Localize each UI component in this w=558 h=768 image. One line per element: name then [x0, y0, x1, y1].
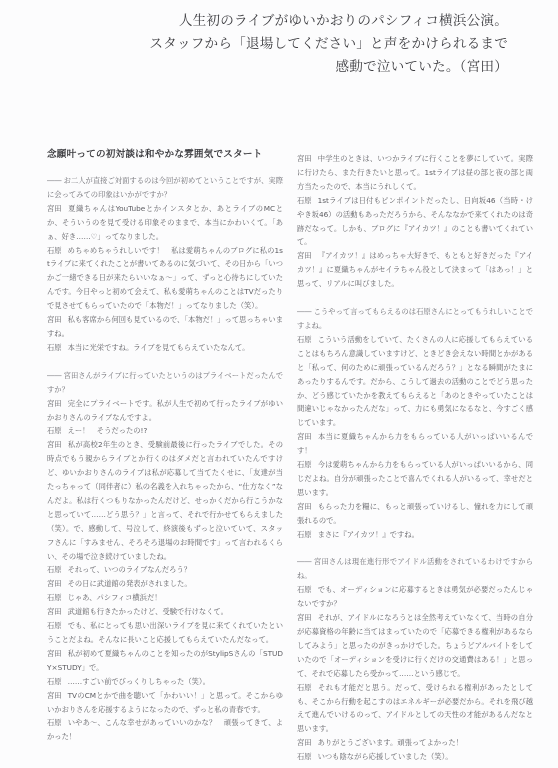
interview-answer: 石原でも、オーディションに応募するときは勇気が必要だったんじゃないですか？: [297, 583, 533, 611]
answer-text: 完全にプライベートです。私が人生で初めて行ったライブがゆいかおりさんのライブなん…: [47, 399, 283, 422]
answer-text: 1stライブは日付もピンポイントだったし、日向坂46（当時・けやき坂46）の活動…: [297, 196, 533, 247]
speaker-name: 宮田: [297, 249, 312, 263]
speaker-name: 石原: [47, 341, 62, 355]
interview-answer: 宮田本当に夏織ちゃんから力をもらっている人がいっぱいいるんです！: [297, 430, 533, 458]
interview-answer: 石原1stライブは日付もピンポイントだったし、日向坂46（当時・けやき坂46）の…: [297, 194, 533, 250]
question-text: 宮田さんがライブに行っていたというのはプライベートだったんですか？: [47, 371, 283, 394]
question-text: 宮田さんは現在進行形でアイドル活動をされているわけですからね。: [297, 557, 533, 580]
interview-answer: 宮田その日に武道館の発表がされました。: [47, 577, 283, 591]
answer-text: まさに『アイカツ！』ですね。: [318, 530, 419, 539]
answer-text: 『アイカツ！』はめっちゃ大好きで、もともと好きだった『アイカツ！』に夏織ちゃんが…: [297, 251, 533, 288]
interview-answer: 石原じゃあ、パシフィコ横浜だ！: [47, 591, 283, 605]
speaker-name: 石原: [47, 591, 62, 605]
pull-quote-line: 人生初のライブがゆいかおりのパシフィコ横浜公演。: [48, 10, 508, 33]
speaker-name: 石原: [297, 750, 312, 764]
interview-answer: 石原えー！ そうだったの!?: [47, 424, 283, 438]
interview-answer: 宮田中学生のときは、いつかライブに行くことを夢にしていて。実際に行けたら、また行…: [297, 152, 533, 194]
interview-answer: 宮田私が初めて夏織ちゃんのことを知ったのがStylipSさんの「STUDY×ST…: [47, 647, 283, 675]
section-spacer: [297, 291, 533, 305]
interview-answer: 石原本当に光栄ですね。ライブを見てもらえていたなんて。: [47, 341, 283, 355]
answer-text: それも才能だと思う。だって、受けられる権利があったとしても、そこから行動を起こす…: [297, 683, 533, 734]
speaker-name: 宮田: [297, 430, 312, 444]
article-column-left: 念願叶っての初対談は和やかな雰囲気でスタート ――お二人が直接ご対面するのは今回…: [47, 148, 283, 744]
interview-answer: 石原めちゃめちゃうれしいです！ 私は愛萌ちゃんのブログに私の1stライブに来てく…: [47, 244, 283, 314]
speaker-name: 石原: [297, 681, 312, 695]
speaker-name: 宮田: [47, 313, 62, 327]
question-dash: ――: [297, 557, 312, 566]
answer-text: ……すごい前でびっくりしちゃった（笑）。: [68, 677, 210, 686]
speaker-name: 宮田: [47, 438, 62, 452]
speaker-name: 石原: [297, 528, 312, 542]
speaker-name: 宮田: [47, 397, 62, 411]
question-text: こうやって言ってもらえるのは石原さんにとってもうれしいことですよね。: [297, 307, 533, 330]
answer-text: こういう活動をしていて、たくさんの人に応援してもらえていることはもちろん意識して…: [297, 335, 533, 427]
answer-text: えー！ そうだったの!?: [68, 426, 148, 435]
answer-text: 私も客席から何回も見ているので、「本物だ！」って思っちゃいますね。: [47, 315, 283, 338]
speaker-name: 石原: [297, 583, 312, 597]
answer-text: 本当に光栄ですね。ライブを見てもらえていたなんて。: [68, 343, 250, 352]
pull-quote-line: スタッフから「退場してください」と声をかけられるまで: [48, 33, 508, 56]
interview-answer: 宮田もらった力を糧に、もっと頑張っていけるし、憧れを力にして頑張れるので。: [297, 500, 533, 528]
interview-answer: 宮田ありがとうございます。頑張ってよかった！: [297, 736, 533, 750]
interview-answer: 石原いやあ～、こんな幸せがあっていいのかな？ 頑張ってきて、よかった！: [47, 716, 283, 744]
interview-answer: 石原いつも陰ながら応援していました（笑）。: [297, 750, 533, 764]
question-text: お二人が直接ご対面するのは今回が初めてということですが、実際に会ってみての印象は…: [47, 176, 283, 199]
section-heading: 念願叶っての初対談は和やかな雰囲気でスタート: [47, 148, 283, 162]
interviewer-question: ――宮田さんがライブに行っていたというのはプライベートだったんですか？: [47, 369, 283, 397]
interview-answer: 石原それも才能だと思う。だって、受けられる権利があったとしても、そこから行動を起…: [297, 681, 533, 737]
interview-answer: 宮田武道館も行きたかったけど、受験で行けなくて。: [47, 605, 283, 619]
speaker-name: 石原: [47, 716, 62, 730]
answer-text: でも、私にとっても思い出深いライブを見に来てくれていたということだよね。そんなに…: [47, 621, 283, 644]
answer-text: 私が初めて夏織ちゃんのことを知ったのがStylipSさんの「STUDY×STUD…: [47, 649, 283, 672]
interview-answer: 宮田私が高校2年生のとき、受験前最後に行ったライブでした。その時点でもう親からラ…: [47, 438, 283, 563]
speaker-name: 宮田: [47, 605, 62, 619]
interviewer-question: ――こうやって言ってもらえるのは石原さんにとってもうれしいことですよね。: [297, 305, 533, 333]
speaker-name: 石原: [47, 619, 62, 633]
speaker-name: 石原: [47, 675, 62, 689]
interview-answer: 石原……すごい前でびっくりしちゃった（笑）。: [47, 675, 283, 689]
interview-answer: 石原それって、いつのライブなんだろう？: [47, 563, 283, 577]
speaker-name: 宮田: [47, 202, 62, 216]
answer-text: その日に武道館の発表がされました。: [68, 579, 192, 588]
answer-text: それが、アイドルになろうとは全然考えていなくて、当時の自分が応募資格の年齢に当て…: [297, 613, 533, 678]
answer-text: いやあ～、こんな幸せがあっていいのかな？ 頑張ってきて、よかった！: [47, 718, 283, 741]
pull-quote-line: 感動で泣いていた。（宮田）: [48, 56, 508, 79]
question-dash: ――: [297, 307, 312, 316]
answer-text: TVのCMとかで曲を聴いて「かわいい！」と思って。そこからゆいかおりさんを応援す…: [47, 691, 283, 714]
speaker-name: 石原: [297, 194, 312, 208]
speaker-name: 宮田: [47, 689, 62, 703]
section-spacer: [297, 541, 533, 555]
interview-answer: 石原こういう活動をしていて、たくさんの人に応援してもらえていることはもちろん意識…: [297, 333, 533, 430]
interview-answer: 宮田『アイカツ！』はめっちゃ大好きで、もともと好きだった『アイカツ！』に夏織ちゃ…: [297, 249, 533, 291]
speaker-name: 宮田: [297, 152, 312, 166]
answer-text: 中学生のときは、いつかライブに行くことを夢にしていて。実際に行けたら、また行きた…: [297, 154, 533, 191]
speaker-name: 宮田: [47, 647, 62, 661]
interviewer-question: ――お二人が直接ご対面するのは今回が初めてということですが、実際に会ってみての印…: [47, 174, 283, 202]
answer-text: めちゃめちゃうれしいです！ 私は愛萌ちゃんのブログに私の1stライブに来てくれた…: [47, 246, 283, 311]
answer-text: 夏織ちゃんはYouTubeとかインスタとか、あとライブのMCとか、そういうのを見…: [47, 204, 283, 241]
speaker-name: 宮田: [297, 500, 312, 514]
interview-body-right: 宮田中学生のときは、いつかライブに行くことを夢にしていて。実際に行けたら、また行…: [297, 152, 533, 764]
question-dash: ――: [47, 176, 62, 185]
answer-text: もらった力を糧に、もっと頑張っていけるし、憧れを力にして頑張れるので。: [297, 502, 533, 525]
answer-text: 今は愛萌ちゃんから力をもらっている人がいっぱいいるから、同じだよね。自分が頑張っ…: [297, 460, 533, 497]
answer-text: それって、いつのライブなんだろう？: [68, 565, 191, 574]
article-column-right: 宮田中学生のときは、いつかライブに行くことを夢にしていて。実際に行けたら、また行…: [297, 152, 533, 764]
interview-answer: 宮田TVのCMとかで曲を聴いて「かわいい！」と思って。そこからゆいかおりさんを応…: [47, 689, 283, 717]
answer-text: ありがとうございます。頑張ってよかった！: [318, 738, 463, 747]
speaker-name: 宮田: [297, 736, 312, 750]
section-spacer: [47, 355, 283, 369]
speaker-name: 宮田: [297, 611, 312, 625]
speaker-name: 石原: [47, 563, 62, 577]
interview-answer: 石原でも、私にとっても思い出深いライブを見に来てくれていたということだよね。そん…: [47, 619, 283, 647]
speaker-name: 宮田: [47, 577, 62, 591]
speaker-name: 石原: [47, 424, 62, 438]
interview-answer: 宮田それが、アイドルになろうとは全然考えていなくて、当時の自分が応募資格の年齢に…: [297, 611, 533, 681]
answer-text: 私が高校2年生のとき、受験前最後に行ったライブでした。その時点でもう親からライブ…: [47, 440, 283, 560]
question-dash: ――: [47, 371, 62, 380]
answer-text: じゃあ、パシフィコ横浜だ！: [68, 593, 162, 602]
interview-answer: 石原今は愛萌ちゃんから力をもらっている人がいっぱいいるから、同じだよね。自分が頑…: [297, 458, 533, 500]
answer-text: 武道館も行きたかったけど、受験で行けなくて。: [68, 607, 228, 616]
interview-body-left: ――お二人が直接ご対面するのは今回が初めてということですが、実際に会ってみての印…: [47, 174, 283, 744]
interview-answer: 石原まさに『アイカツ！』ですね。: [297, 528, 533, 542]
speaker-name: 石原: [297, 333, 312, 347]
speaker-name: 石原: [47, 244, 62, 258]
pull-quote: 人生初のライブがゆいかおりのパシフィコ横浜公演。 スタッフから「退場してください…: [48, 10, 508, 79]
answer-text: 本当に夏織ちゃんから力をもらっている人がいっぱいいるんです！: [297, 432, 533, 455]
interview-answer: 宮田夏織ちゃんはYouTubeとかインスタとか、あとライブのMCとか、そういうの…: [47, 202, 283, 244]
answer-text: でも、オーディションに応募するときは勇気が必要だったんじゃないですか？: [297, 585, 533, 608]
interviewer-question: ――宮田さんは現在進行形でアイドル活動をされているわけですからね。: [297, 555, 533, 583]
interview-answer: 宮田完全にプライベートです。私が人生で初めて行ったライブがゆいかおりさんのライブ…: [47, 397, 283, 425]
answer-text: いつも陰ながら応援していました（笑）。: [318, 752, 453, 761]
interview-answer: 宮田私も客席から何回も見ているので、「本物だ！」って思っちゃいますね。: [47, 313, 283, 341]
speaker-name: 石原: [297, 458, 312, 472]
